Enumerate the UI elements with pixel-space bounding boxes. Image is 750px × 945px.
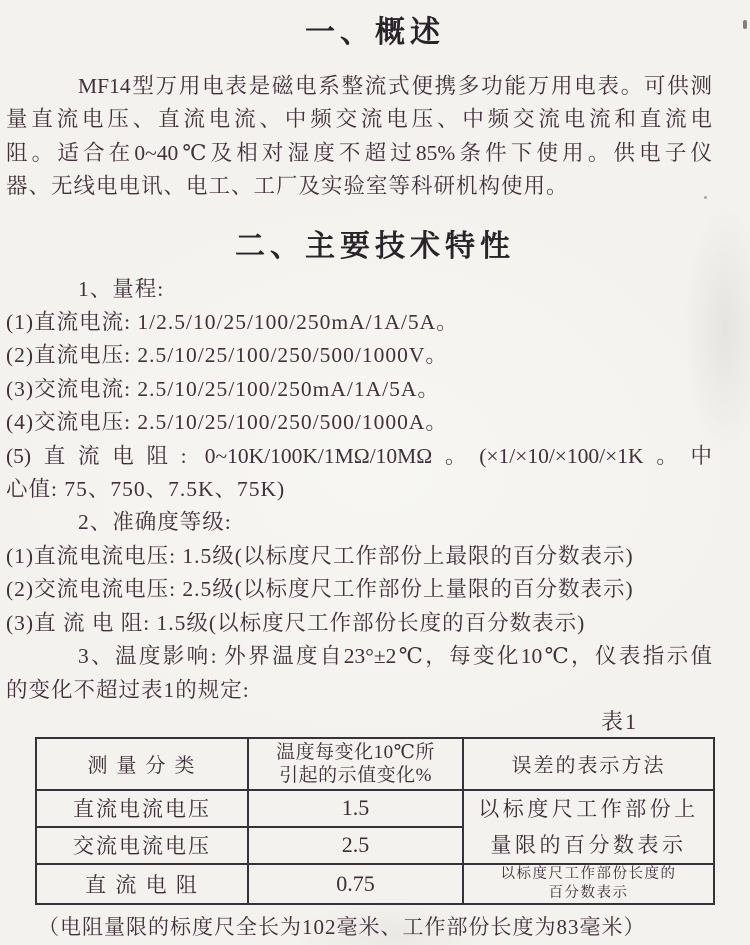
overview-line-1: MF14型万用电表是磁电系整流式便携多功能万用电表。可供测 xyxy=(6,70,712,103)
specs-item-dc-resistance: (5)直流电阻: 0~10K/100K/1MΩ/10MΩ。(×1/×10/×10… xyxy=(6,440,712,473)
cell-category: 交流电流电压 xyxy=(36,827,248,864)
specs-item-temperature: 3、温度影响: 外界温度自23°±2℃，每变化10℃，仪表指示值 xyxy=(6,640,712,673)
col-header-temp-change-line2: 引起的示值变化% xyxy=(249,764,462,787)
specs-item-range-heading: 1、量程: xyxy=(6,273,712,306)
specs-item-ac-voltage: (4)交流电压: 2.5/10/25/100/250/500/1000A。 xyxy=(6,406,712,439)
error-method-resistance-line2: 百分数表示 xyxy=(464,884,713,903)
cell-error-method-resistance: 以标度尺工作部份长度的 百分数表示 xyxy=(463,864,714,904)
scan-artifact xyxy=(586,457,589,460)
specs-item-dc-resistance-cont: 心值: 75、750、7.5K、75K) xyxy=(6,473,712,506)
specs-item-accuracy-ac: (2)交流电流电压: 2.5级(以标度尺工作部份上量限的百分数表示) xyxy=(6,573,712,606)
table-row-dc-resistance: 直 流 电 阻 0.75 以标度尺工作部份长度的 百分数表示 xyxy=(36,864,714,904)
overview-line-3: 阻。适合在0~40℃及相对湿度不超过85%条件下使用。供电子仪 xyxy=(6,137,712,170)
specs-list: 1、量程: (1)直流电流: 1/2.5/10/25/100/250mA/1A/… xyxy=(6,273,712,707)
cell-value: 1.5 xyxy=(248,790,463,827)
section-specs-heading: 二、主要技术特性 xyxy=(0,226,750,268)
specs-item-dc-voltage: (2)直流电压: 2.5/10/25/100/250/500/1000V。 xyxy=(6,339,712,372)
cell-error-method-merged: 以标度尺工作部份上 量限的百分数表示 xyxy=(463,790,714,864)
scan-artifact xyxy=(704,196,707,199)
error-method-line1: 以标度尺工作部份上 xyxy=(464,791,713,827)
cell-value: 2.5 xyxy=(248,827,463,864)
cell-value: 0.75 xyxy=(248,864,463,904)
document-page: 一、概述 MF14型万用电表是磁电系整流式便携多功能万用电表。可供测 量直流电压… xyxy=(0,0,750,945)
specs-item-accuracy-resistance: (3)直 流 电 阻: 1.5级(以标度尺工作部份长度的百分数表示) xyxy=(6,607,712,640)
cell-category: 直流电流电压 xyxy=(36,790,248,827)
scan-artifact xyxy=(743,20,747,29)
specs-item-accuracy-heading: 2、准确度等级: xyxy=(6,506,712,539)
overview-paragraph: MF14型万用电表是磁电系整流式便携多功能万用电表。可供测 量直流电压、直流电流… xyxy=(6,70,712,204)
specs-item-ac-current: (3)交流电流: 2.5/10/25/100/250mA/1A/5A。 xyxy=(6,373,712,406)
col-header-measure-category: 测 量 分 类 xyxy=(36,738,248,790)
cell-category: 直 流 电 阻 xyxy=(36,864,248,904)
error-method-line2: 量限的百分数表示 xyxy=(464,827,713,863)
specs-item-dc-current: (1)直流电流: 1/2.5/10/25/100/250mA/1A/5A。 xyxy=(6,306,712,339)
table-row-dc-current-voltage: 直流电流电压 1.5 以标度尺工作部份上 量限的百分数表示 xyxy=(36,790,714,827)
overview-line-4: 器、无线电电讯、电工、工厂及实验室等科研机构使用。 xyxy=(6,170,712,203)
temperature-error-table: 测 量 分 类 温度每变化10℃所 引起的示值变化% 误差的表示方法 直流电流电… xyxy=(35,737,715,905)
section-overview-heading: 一、概述 xyxy=(0,0,750,54)
table-caption: 表1 xyxy=(0,707,750,737)
overview-line-2: 量直流电压、直流电流、中频交流电压、中频交流电流和直流电 xyxy=(6,103,712,136)
specs-item-accuracy-dc: (1)直流电流电压: 1.5级(以标度尺工作部份上最限的百分数表示) xyxy=(6,540,712,573)
col-header-temp-change: 温度每变化10℃所 引起的示值变化% xyxy=(248,738,463,790)
resistance-scale-footnote: （电阻量限的标度尺全长为102毫米、工作部份长度为83毫米） xyxy=(0,912,750,942)
table-header-row: 测 量 分 类 温度每变化10℃所 引起的示值变化% 误差的表示方法 xyxy=(36,738,714,790)
col-header-error-method: 误差的表示方法 xyxy=(463,738,714,790)
col-header-temp-change-line1: 温度每变化10℃所 xyxy=(249,741,462,764)
error-method-resistance-line1: 以标度尺工作部份长度的 xyxy=(464,865,713,884)
specs-item-temperature-cont: 的变化不超过表1的规定: xyxy=(6,674,712,707)
